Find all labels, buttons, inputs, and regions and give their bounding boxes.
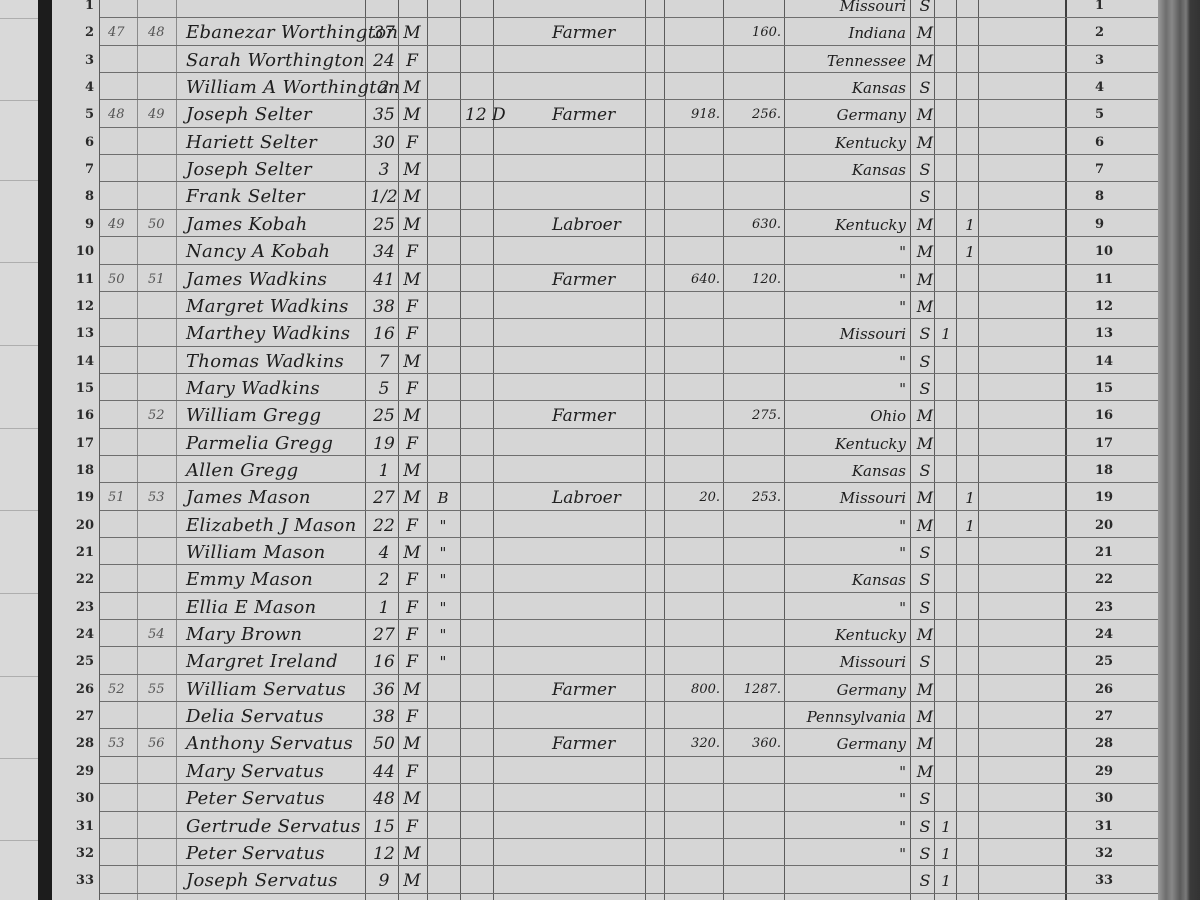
line-number: 1 bbox=[68, 0, 94, 18]
color bbox=[428, 291, 458, 319]
census-row: 21 William Mason 4 M " " S 21 bbox=[0, 537, 1158, 565]
line-number-right: 21 bbox=[1095, 537, 1113, 565]
birthplace bbox=[786, 865, 906, 893]
color bbox=[428, 99, 458, 127]
line-number-right: 15 bbox=[1095, 373, 1113, 401]
census-row: 32 Peter Servatus 12 M " S 1 32 bbox=[0, 838, 1158, 866]
real-estate-value bbox=[664, 756, 720, 784]
literacy-mark bbox=[960, 619, 980, 647]
sex: M bbox=[398, 537, 426, 565]
line-number: 26 bbox=[68, 674, 94, 702]
line-number: 15 bbox=[68, 373, 94, 401]
sex: M bbox=[398, 17, 426, 45]
line-number-right: 14 bbox=[1095, 346, 1113, 374]
personal-estate-value: 160. bbox=[723, 17, 781, 45]
real-estate-value bbox=[664, 537, 720, 565]
person-name: Mary Wadkins bbox=[186, 373, 320, 401]
school-mark bbox=[936, 209, 956, 237]
sex: F bbox=[398, 45, 426, 73]
literacy-mark bbox=[960, 537, 980, 565]
person-name: Joseph Servatus bbox=[186, 865, 338, 893]
real-estate-value bbox=[664, 646, 720, 674]
real-estate-value bbox=[664, 181, 720, 209]
birthplace: Kentucky bbox=[786, 619, 906, 647]
color bbox=[428, 181, 458, 209]
dwelling-number: 52 bbox=[108, 674, 125, 702]
family-number: 50 bbox=[148, 209, 165, 237]
person-name: Elizabeth J Mason bbox=[186, 510, 356, 538]
real-estate-value bbox=[664, 72, 720, 100]
family-number: 51 bbox=[148, 264, 165, 292]
color bbox=[428, 264, 458, 292]
real-estate-value bbox=[664, 510, 720, 538]
real-estate-value bbox=[664, 400, 720, 428]
personal-estate-value: 256. bbox=[723, 99, 781, 127]
school-mark bbox=[936, 646, 956, 674]
real-estate-value bbox=[664, 564, 720, 592]
line-number-right: 16 bbox=[1095, 400, 1113, 428]
real-estate-value bbox=[664, 592, 720, 620]
family-number: 52 bbox=[148, 400, 165, 428]
school-mark bbox=[936, 154, 956, 182]
school-mark bbox=[936, 428, 956, 456]
literacy-mark bbox=[960, 564, 980, 592]
real-estate-value bbox=[664, 346, 720, 374]
line-number: 11 bbox=[68, 264, 94, 292]
personal-estate-value bbox=[723, 127, 781, 155]
personal-estate-value bbox=[723, 592, 781, 620]
line-number: 31 bbox=[68, 811, 94, 839]
person-name: William Mason bbox=[186, 537, 325, 565]
book-binding-edge bbox=[1158, 0, 1200, 900]
real-estate-value bbox=[664, 455, 720, 483]
real-estate-value bbox=[664, 45, 720, 73]
literacy-mark: 1 bbox=[960, 236, 980, 264]
census-row: 25 Margret Ireland 16 F " Missouri S 25 bbox=[0, 646, 1158, 674]
school-mark bbox=[936, 619, 956, 647]
sex: F bbox=[398, 373, 426, 401]
family-number: 49 bbox=[148, 99, 165, 127]
line-number-right: 1 bbox=[1095, 0, 1104, 18]
birthplace: Missouri bbox=[786, 646, 906, 674]
school-mark bbox=[936, 236, 956, 264]
line-number-right: 10 bbox=[1095, 236, 1113, 264]
person-name: Hariett Selter bbox=[186, 127, 317, 155]
occupation: Labroer bbox=[552, 482, 621, 510]
birthplace: Kentucky bbox=[786, 209, 906, 237]
person-name: James Mason bbox=[186, 482, 311, 510]
line-number: 33 bbox=[68, 865, 94, 893]
person-name: Margret Ireland bbox=[186, 646, 338, 674]
color: " bbox=[428, 619, 458, 647]
line-number: 16 bbox=[68, 400, 94, 428]
school-mark: 1 bbox=[936, 838, 956, 866]
literacy-mark bbox=[960, 127, 980, 155]
birthplace: Ohio bbox=[786, 400, 906, 428]
line-number-right: 17 bbox=[1095, 428, 1113, 456]
sex: F bbox=[398, 564, 426, 592]
census-row: 29 Mary Servatus 44 F " M 29 bbox=[0, 756, 1158, 784]
family-number: 55 bbox=[148, 674, 165, 702]
literacy-mark: 1 bbox=[960, 482, 980, 510]
extra-mark: 12 D bbox=[465, 99, 506, 127]
real-estate-value: 20. bbox=[664, 482, 720, 510]
real-estate-value bbox=[664, 865, 720, 893]
person-name: Allen Gregg bbox=[186, 455, 298, 483]
color: " bbox=[428, 537, 458, 565]
birthplace: " bbox=[786, 346, 906, 374]
person-name: Nancy A Kobah bbox=[186, 236, 330, 264]
person-name: Peter Servatus bbox=[186, 838, 325, 866]
dwelling-number: 51 bbox=[108, 482, 125, 510]
personal-estate-value bbox=[723, 811, 781, 839]
birthplace: " bbox=[786, 291, 906, 319]
real-estate-value bbox=[664, 127, 720, 155]
occupation: Farmer bbox=[552, 264, 615, 292]
school-mark bbox=[936, 701, 956, 729]
line-number-right: 5 bbox=[1095, 99, 1104, 127]
literacy-mark bbox=[960, 811, 980, 839]
census-row: 15 Mary Wadkins 5 F " S 15 bbox=[0, 373, 1158, 401]
line-number-right: 9 bbox=[1095, 209, 1104, 237]
literacy-mark bbox=[960, 181, 980, 209]
birthplace: Kansas bbox=[786, 564, 906, 592]
personal-estate-value: 630. bbox=[723, 209, 781, 237]
census-row: 26 52 55 William Servatus 36 M Farmer 80… bbox=[0, 674, 1158, 702]
line-number-right: 22 bbox=[1095, 564, 1113, 592]
sex: F bbox=[398, 510, 426, 538]
birthplace: " bbox=[786, 756, 906, 784]
sex: M bbox=[398, 181, 426, 209]
sex: M bbox=[398, 99, 426, 127]
birthplace: " bbox=[786, 264, 906, 292]
birthplace: " bbox=[786, 811, 906, 839]
census-row: 14 Thomas Wadkins 7 M " S 14 bbox=[0, 346, 1158, 374]
census-row: 22 Emmy Mason 2 F " Kansas S 22 bbox=[0, 564, 1158, 592]
school-mark bbox=[936, 127, 956, 155]
personal-estate-value bbox=[723, 838, 781, 866]
line-number: 3 bbox=[68, 45, 94, 73]
sex: F bbox=[398, 428, 426, 456]
family-number: 56 bbox=[148, 728, 165, 756]
color bbox=[428, 72, 458, 100]
line-number: 10 bbox=[68, 236, 94, 264]
birthplace: Missouri bbox=[786, 318, 906, 346]
line-number: 21 bbox=[68, 537, 94, 565]
color bbox=[428, 127, 458, 155]
school-mark bbox=[936, 0, 956, 18]
line-number-right: 25 bbox=[1095, 646, 1113, 674]
real-estate-value bbox=[664, 783, 720, 811]
literacy-mark bbox=[960, 45, 980, 73]
literacy-mark bbox=[960, 0, 980, 18]
line-number: 2 bbox=[68, 17, 94, 45]
birthplace: Kansas bbox=[786, 455, 906, 483]
person-name: William Servatus bbox=[186, 674, 346, 702]
birthplace: " bbox=[786, 510, 906, 538]
literacy-mark bbox=[960, 400, 980, 428]
sex: M bbox=[398, 865, 426, 893]
row-rule bbox=[100, 893, 1158, 894]
color bbox=[428, 0, 458, 18]
real-estate-value: 918. bbox=[664, 99, 720, 127]
color: " bbox=[428, 510, 458, 538]
line-number-right: 2 bbox=[1095, 17, 1104, 45]
line-number: 28 bbox=[68, 728, 94, 756]
line-number-right: 11 bbox=[1095, 264, 1113, 292]
birthplace: " bbox=[786, 783, 906, 811]
line-number: 5 bbox=[68, 99, 94, 127]
literacy-mark bbox=[960, 865, 980, 893]
personal-estate-value bbox=[723, 537, 781, 565]
sex: F bbox=[398, 236, 426, 264]
birthplace: Kansas bbox=[786, 72, 906, 100]
color: B bbox=[428, 482, 458, 510]
birthplace: " bbox=[786, 838, 906, 866]
birthplace: " bbox=[786, 373, 906, 401]
school-mark bbox=[936, 537, 956, 565]
personal-estate-value bbox=[723, 564, 781, 592]
sex: M bbox=[398, 838, 426, 866]
birthplace: Germany bbox=[786, 728, 906, 756]
personal-estate-value bbox=[723, 318, 781, 346]
school-mark: 1 bbox=[936, 318, 956, 346]
line-number: 32 bbox=[68, 838, 94, 866]
line-number-right: 29 bbox=[1095, 756, 1113, 784]
person-name: Joseph Selter bbox=[186, 154, 312, 182]
sex: F bbox=[398, 592, 426, 620]
literacy-mark bbox=[960, 17, 980, 45]
real-estate-value bbox=[664, 17, 720, 45]
line-number: 13 bbox=[68, 318, 94, 346]
line-number-right: 13 bbox=[1095, 318, 1113, 346]
literacy-mark bbox=[960, 838, 980, 866]
literacy-mark bbox=[960, 756, 980, 784]
line-number: 24 bbox=[68, 619, 94, 647]
literacy-mark bbox=[960, 455, 980, 483]
person-name: Margret Wadkins bbox=[186, 291, 349, 319]
personal-estate-value: 120. bbox=[723, 264, 781, 292]
personal-estate-value bbox=[723, 756, 781, 784]
person-name: Peter Servatus bbox=[186, 783, 325, 811]
census-row: 13 Marthey Wadkins 16 F Missouri S 1 13 bbox=[0, 318, 1158, 346]
school-mark bbox=[936, 455, 956, 483]
sex: F bbox=[398, 756, 426, 784]
color bbox=[428, 783, 458, 811]
color bbox=[428, 346, 458, 374]
literacy-mark bbox=[960, 72, 980, 100]
person-name: Marthey Wadkins bbox=[186, 318, 350, 346]
literacy-mark bbox=[960, 592, 980, 620]
census-row: 31 Gertrude Servatus 15 F " S 1 31 bbox=[0, 811, 1158, 839]
personal-estate-value bbox=[723, 646, 781, 674]
census-row: 23 Ellia E Mason 1 F " " S 23 bbox=[0, 592, 1158, 620]
line-number-right: 28 bbox=[1095, 728, 1113, 756]
personal-estate-value bbox=[723, 783, 781, 811]
real-estate-value bbox=[664, 811, 720, 839]
person-name: William Gregg bbox=[186, 400, 321, 428]
census-row: 19 51 53 James Mason 27 M B Labroer 20. … bbox=[0, 482, 1158, 510]
color bbox=[428, 17, 458, 45]
line-number: 9 bbox=[68, 209, 94, 237]
dwelling-number: 50 bbox=[108, 264, 125, 292]
census-row: 11 50 51 James Wadkins 41 M Farmer 640. … bbox=[0, 264, 1158, 292]
school-mark bbox=[936, 45, 956, 73]
line-number-right: 33 bbox=[1095, 865, 1113, 893]
school-mark bbox=[936, 291, 956, 319]
personal-estate-value bbox=[723, 373, 781, 401]
line-number-right: 23 bbox=[1095, 592, 1113, 620]
birthplace bbox=[786, 181, 906, 209]
school-mark bbox=[936, 264, 956, 292]
birthplace: Missouri bbox=[786, 482, 906, 510]
line-number-right: 30 bbox=[1095, 783, 1113, 811]
school-mark bbox=[936, 783, 956, 811]
sex: M bbox=[398, 455, 426, 483]
dwelling-number: 47 bbox=[108, 17, 125, 45]
sex: F bbox=[398, 701, 426, 729]
sex: M bbox=[398, 728, 426, 756]
line-number: 29 bbox=[68, 756, 94, 784]
occupation: Farmer bbox=[552, 674, 615, 702]
school-mark bbox=[936, 510, 956, 538]
school-mark bbox=[936, 17, 956, 45]
birthplace: Indiana bbox=[786, 17, 906, 45]
birthplace: Germany bbox=[786, 99, 906, 127]
sex: M bbox=[398, 400, 426, 428]
real-estate-value bbox=[664, 209, 720, 237]
dwelling-number: 48 bbox=[108, 99, 125, 127]
color bbox=[428, 701, 458, 729]
family-number: 48 bbox=[148, 17, 165, 45]
birthplace: Kentucky bbox=[786, 428, 906, 456]
line-number-right: 26 bbox=[1095, 674, 1113, 702]
line-number: 30 bbox=[68, 783, 94, 811]
personal-estate-value: 275. bbox=[723, 400, 781, 428]
family-number: 53 bbox=[148, 482, 165, 510]
person-name: Mary Servatus bbox=[186, 756, 324, 784]
census-row: 10 Nancy A Kobah 34 F " M 1 10 bbox=[0, 236, 1158, 264]
line-number: 4 bbox=[68, 72, 94, 100]
color: " bbox=[428, 592, 458, 620]
personal-estate-value: 253. bbox=[723, 482, 781, 510]
literacy-mark bbox=[960, 318, 980, 346]
census-row: 16 52 William Gregg 25 M Farmer 275. Ohi… bbox=[0, 400, 1158, 428]
person-name: Thomas Wadkins bbox=[186, 346, 344, 374]
real-estate-value bbox=[664, 0, 720, 18]
sex: M bbox=[398, 783, 426, 811]
personal-estate-value bbox=[723, 346, 781, 374]
person-name: Joseph Selter bbox=[186, 99, 312, 127]
literacy-mark: 1 bbox=[960, 209, 980, 237]
person-name: Mary Brown bbox=[186, 619, 302, 647]
birthplace: Pennsylvania bbox=[786, 701, 906, 729]
color bbox=[428, 756, 458, 784]
person-name: Delia Servatus bbox=[186, 701, 324, 729]
census-row: 33 Joseph Servatus 9 M S 1 33 bbox=[0, 865, 1158, 893]
personal-estate-value bbox=[723, 236, 781, 264]
census-row: 5 48 49 Joseph Selter 35 M 12 D Farmer 9… bbox=[0, 99, 1158, 127]
occupation: Labroer bbox=[552, 209, 621, 237]
personal-estate-value bbox=[723, 154, 781, 182]
sex: M bbox=[398, 72, 426, 100]
line-number: 19 bbox=[68, 482, 94, 510]
sex bbox=[398, 0, 426, 18]
school-mark bbox=[936, 564, 956, 592]
literacy-mark bbox=[960, 291, 980, 319]
person-name: Frank Selter bbox=[186, 181, 305, 209]
personal-estate-value bbox=[723, 72, 781, 100]
sex: F bbox=[398, 646, 426, 674]
dwelling-number: 53 bbox=[108, 728, 125, 756]
census-row: 6 Hariett Selter 30 F Kentucky M 6 bbox=[0, 127, 1158, 155]
census-row: 24 54 Mary Brown 27 F " Kentucky M 24 bbox=[0, 619, 1158, 647]
real-estate-value bbox=[664, 619, 720, 647]
school-mark bbox=[936, 592, 956, 620]
person-name: Anthony Servatus bbox=[186, 728, 353, 756]
person-name: Emmy Mason bbox=[186, 564, 313, 592]
school-mark bbox=[936, 373, 956, 401]
person-name: Parmelia Gregg bbox=[186, 428, 333, 456]
dwelling-number: 49 bbox=[108, 209, 125, 237]
line-number-right: 18 bbox=[1095, 455, 1113, 483]
birthplace: " bbox=[786, 236, 906, 264]
color bbox=[428, 428, 458, 456]
literacy-mark bbox=[960, 674, 980, 702]
census-row: 9 49 50 James Kobah 25 M Labroer 630. Ke… bbox=[0, 209, 1158, 237]
color: " bbox=[428, 646, 458, 674]
line-number-right: 6 bbox=[1095, 127, 1104, 155]
literacy-mark bbox=[960, 346, 980, 374]
occupation: Farmer bbox=[552, 17, 615, 45]
census-row: 3 Sarah Worthington 24 F Tennessee M 3 bbox=[0, 45, 1158, 73]
personal-estate-value: 1287. bbox=[723, 674, 781, 702]
birthplace: Germany bbox=[786, 674, 906, 702]
birthplace: " bbox=[786, 592, 906, 620]
census-row: 1 Missouri S 1 bbox=[0, 0, 1158, 18]
literacy-mark bbox=[960, 728, 980, 756]
color bbox=[428, 455, 458, 483]
birthplace: " bbox=[786, 537, 906, 565]
person-name: James Kobah bbox=[186, 209, 308, 237]
line-number-right: 19 bbox=[1095, 482, 1113, 510]
color bbox=[428, 811, 458, 839]
census-row: 20 Elizabeth J Mason 22 F " " M 1 20 bbox=[0, 510, 1158, 538]
real-estate-value: 640. bbox=[664, 264, 720, 292]
school-mark bbox=[936, 400, 956, 428]
real-estate-value bbox=[664, 318, 720, 346]
literacy-mark bbox=[960, 646, 980, 674]
birthplace: Kentucky bbox=[786, 127, 906, 155]
birthplace: Tennessee bbox=[786, 45, 906, 73]
census-row: 28 53 56 Anthony Servatus 50 M Farmer 32… bbox=[0, 728, 1158, 756]
personal-estate-value: 360. bbox=[723, 728, 781, 756]
census-row: 8 Frank Selter 1/2 M S 8 bbox=[0, 181, 1158, 209]
real-estate-value bbox=[664, 291, 720, 319]
line-number: 7 bbox=[68, 154, 94, 182]
school-mark: 1 bbox=[936, 811, 956, 839]
personal-estate-value bbox=[723, 0, 781, 18]
sex: F bbox=[398, 619, 426, 647]
sex: F bbox=[398, 811, 426, 839]
line-number: 6 bbox=[68, 127, 94, 155]
line-number-right: 27 bbox=[1095, 701, 1113, 729]
school-mark bbox=[936, 756, 956, 784]
literacy-mark bbox=[960, 428, 980, 456]
color bbox=[428, 236, 458, 264]
color bbox=[428, 154, 458, 182]
line-number-right: 20 bbox=[1095, 510, 1113, 538]
